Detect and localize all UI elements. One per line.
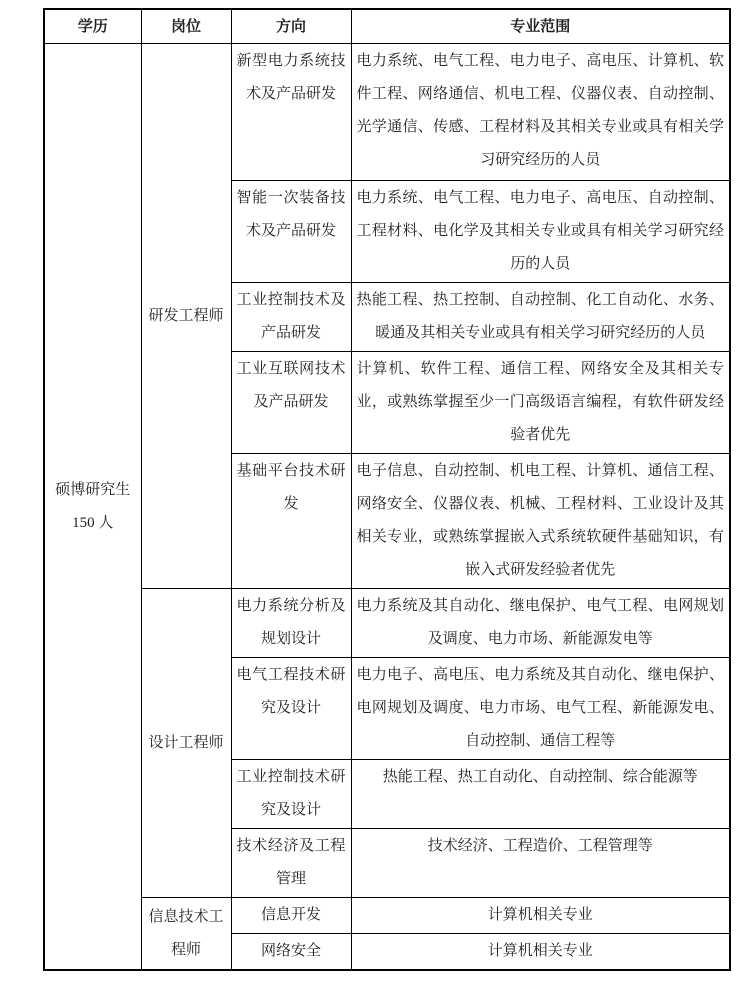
majors-cell: 热能工程、热工自动化、自动控制、综合能源等	[351, 760, 730, 829]
direction-cell: 信息开发	[231, 898, 351, 934]
direction-cell: 工业控制技术研究及设计	[231, 760, 351, 829]
education-headcount: 150 人	[50, 507, 136, 540]
education-degree: 硕博研究生	[50, 474, 136, 507]
direction-cell: 电气工程技术研究及设计	[231, 658, 351, 760]
majors-cell: 计算机相关专业	[351, 898, 730, 934]
majors-cell: 电力系统及其自动化、继电保护、电气工程、电网规划及调度、电力市场、新能源发电等	[351, 589, 730, 658]
table-header-row: 学历 岗位 方向 专业范围	[44, 9, 730, 44]
direction-cell: 新型电力系统技术及产品研发	[231, 44, 351, 181]
table-row: 设计工程师 电力系统分析及规划设计 电力系统及其自动化、继电保护、电气工程、电网…	[44, 589, 730, 658]
position-cell-design-engineer: 设计工程师	[141, 589, 231, 898]
header-position: 岗位	[141, 9, 231, 44]
majors-cell: 电子信息、自动控制、机电工程、计算机、通信工程、网络安全、仪器仪表、机械、工程材…	[351, 454, 730, 589]
direction-cell: 网络安全	[231, 934, 351, 971]
table-row: 信息技术工程师 信息开发 计算机相关专业	[44, 898, 730, 934]
direction-cell: 工业控制技术及产品研发	[231, 283, 351, 352]
recruitment-table: 学历 岗位 方向 专业范围 硕博研究生 150 人 研发工程师 新型电力系统技术…	[43, 8, 731, 971]
direction-cell: 电力系统分析及规划设计	[231, 589, 351, 658]
education-cell: 硕博研究生 150 人	[44, 44, 141, 971]
majors-cell: 电力系统、电气工程、电力电子、高电压、计算机、软件工程、网络通信、机电工程、仪器…	[351, 44, 730, 181]
direction-cell: 智能一次装备技术及产品研发	[231, 181, 351, 283]
header-education: 学历	[44, 9, 141, 44]
direction-cell: 基础平台技术研发	[231, 454, 351, 589]
document-page: 学历 岗位 方向 专业范围 硕博研究生 150 人 研发工程师 新型电力系统技术…	[0, 0, 751, 997]
majors-cell: 电力电子、高电压、电力系统及其自动化、继电保护、电网规划及调度、电力市场、电气工…	[351, 658, 730, 760]
table-row: 硕博研究生 150 人 研发工程师 新型电力系统技术及产品研发 电力系统、电气工…	[44, 44, 730, 181]
majors-cell: 电力系统、电气工程、电力电子、高电压、自动控制、工程材料、电化学及其相关专业或具…	[351, 181, 730, 283]
majors-cell: 计算机相关专业	[351, 934, 730, 971]
direction-cell: 工业互联网技术及产品研发	[231, 352, 351, 454]
header-direction: 方向	[231, 9, 351, 44]
majors-cell: 热能工程、热工控制、自动控制、化工自动化、水务、暖通及其相关专业或具有相关学习研…	[351, 283, 730, 352]
position-cell-rnd-engineer: 研发工程师	[141, 44, 231, 589]
majors-cell: 计算机、软件工程、通信工程、网络安全及其相关专业，或熟练掌握至少一门高级语言编程…	[351, 352, 730, 454]
majors-cell: 技术经济、工程造价、工程管理等	[351, 829, 730, 898]
position-cell-it-engineer: 信息技术工程师	[141, 898, 231, 971]
header-major-scope: 专业范围	[351, 9, 730, 44]
direction-cell: 技术经济及工程管理	[231, 829, 351, 898]
